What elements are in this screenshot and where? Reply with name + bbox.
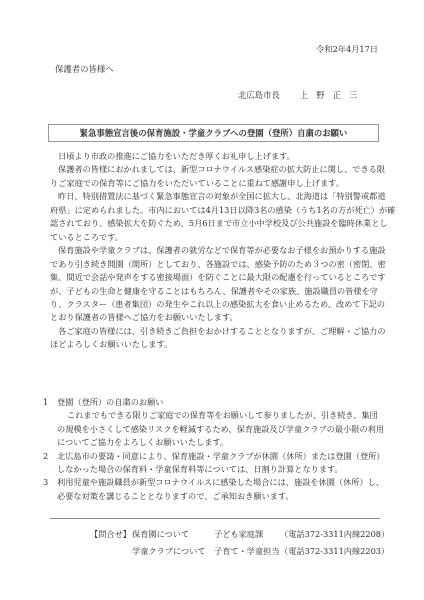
- request-list: 1 登園（登所）の自粛のお願い これまでもできる限りご家庭での保育等をお願いして…: [43, 396, 383, 503]
- inquiry-label: 【問合せ】: [90, 526, 132, 543]
- sender-title: 北広島市長: [238, 90, 280, 100]
- sender-name-char: 三: [349, 90, 357, 100]
- document-title: 緊急事態宣言後の保育施設・学童クラブへの登園（登所）自粛のお願い: [48, 124, 379, 142]
- paragraph: 保育施設や学童クラブは、保護者の就労などで保育等が必要なお子様をお預かりする施設…: [50, 244, 380, 325]
- sender-name-char: 正: [333, 90, 341, 100]
- text-line: ほどよろしくお願いいたします。: [42, 338, 380, 351]
- item-number: 1: [43, 396, 48, 409]
- sender-name-char: 上: [300, 90, 308, 100]
- text-line: 利用児童や施設職員が新型コロナウイルスに感染した場合には、施設を休園（休所）し、: [57, 476, 383, 489]
- text-line: についてご協力をよろしくお願いいたします。: [57, 436, 383, 449]
- item-heading: 登園（登所）の自粛のお願い: [57, 396, 383, 409]
- text-line: 北広島市の要請・同意により、保育施設・学童クラブが休園（休所）または登園（登所）: [57, 450, 383, 463]
- text-line: であり引き続き開園（開所）としており、各施設では、感染予防のため３つの密（密閉、…: [42, 258, 380, 271]
- request-item: 1 登園（登所）の自粛のお願い これまでもできる限りご家庭での保育等をお願いして…: [43, 396, 383, 450]
- item-number: 3: [43, 476, 48, 489]
- contact-department: 子育て・学童担当: [214, 543, 280, 560]
- request-item: 3 利用児童や施設職員が新型コロナウイルスに感染した場合には、施設を休園（休所）…: [43, 476, 383, 503]
- contact-topic: 保育園について: [132, 526, 214, 543]
- text-line: とおり保護者の皆様へご協力をお願いいたします。: [42, 311, 380, 324]
- contact-phone: （電話372-3311内線2208）: [280, 526, 389, 543]
- title-text: 緊急事態宣言後の保育施設・学童クラブへの登園（登所）自粛のお願い: [80, 127, 348, 139]
- contact-topic: 学童クラブについて: [132, 543, 214, 560]
- document-date: 令和2年4月17日: [316, 44, 378, 55]
- paragraph: 各ご家庭の皆様には、引き続きご負担をおかけすることとなりますが、ご理解・ご協力の…: [50, 325, 380, 352]
- label-spacer: [90, 543, 132, 560]
- inquiry-section: 【問合せ】 保育園について 子ども家庭課 （電話372-3311内線2208） …: [90, 526, 389, 559]
- text-line: 必要な対策を講じることとなりますので、ご承知おき願います。: [57, 490, 383, 503]
- paragraph: 昨日、特別措置法に基づく緊急事態宣言の対象が全国に拡大し、北海道は「特別警戒都道…: [50, 190, 380, 244]
- text-line: 日頃より市政の推進にご協力をいただき厚くお礼申し上げます。: [50, 150, 380, 163]
- divider-line: [50, 518, 380, 519]
- text-line: が、子どもの生命と健康を守ることはもちろん、保護者やその家族、施設職員の皆様を守: [42, 285, 380, 298]
- text-line: ているところです。: [42, 231, 380, 244]
- sender-name: 上野正三: [300, 90, 366, 100]
- text-line: 保育施設や学童クラブは、保護者の就労などで保育等が必要なお子様をお預かりする施設: [50, 244, 380, 257]
- sender-name-char: 野: [316, 90, 324, 100]
- text-line: 各ご家庭の皆様には、引き続きご負担をおかけすることとなりますが、ご理解・ご協力の: [50, 325, 380, 338]
- contact-department: 子ども家庭課: [214, 526, 280, 543]
- text-line: これまでもできる限りご家庭での保育等をお願いして参りましたが、引き続き、集団: [57, 409, 383, 422]
- text-line: の規模を小さくして感染リスクを軽減するため、保育施設及び学童クラブの最小限の利用: [57, 423, 383, 436]
- body-text: 日頃より市政の推進にご協力をいただき厚くお礼申し上げます。 保護者の皆様におかれ…: [50, 150, 380, 352]
- contact-row: 【問合せ】 保育園について 子ども家庭課 （電話372-3311内線2208）: [90, 526, 389, 543]
- text-line: り、クラスター（患者集団）の発生やこれ以上の感染拡大を食い止めるため、改めて下記…: [42, 298, 380, 311]
- contact-row: 学童クラブについて 子育て・学童担当 （電話372-3311内線2203）: [90, 543, 389, 560]
- contact-phone: （電話372-3311内線2203）: [280, 543, 389, 560]
- request-item: 2 北広島市の要請・同意により、保育施設・学童クラブが休園（休所）または登園（登…: [43, 450, 383, 477]
- text-line: 昨日、特別措置法に基づく緊急事態宣言の対象が全国に拡大し、北海道は「特別警戒都道: [50, 190, 380, 203]
- text-line: 認されており、感染拡大を防ぐため、5月6日まで市立小中学校及び公共施設を臨時休業…: [42, 217, 380, 230]
- text-line: 府県」に定められました。市内においては4月13日以降3名の感染（うち1名の方が死…: [42, 204, 380, 217]
- text-line: りご家庭での保育等にご協力をいただいていることに重ねて感謝申し上げます。: [42, 177, 380, 190]
- text-line: 保護者の皆様におかれましては、新型コロナウイルス感染症の拡大防止に関し、できる限: [50, 163, 380, 176]
- text-line: しなかった場合の保育料・学童保育料等については、日割り計算となります。: [57, 463, 383, 476]
- item-number: 2: [43, 450, 48, 463]
- paragraph: 保護者の皆様におかれましては、新型コロナウイルス感染症の拡大防止に関し、できる限…: [50, 163, 380, 190]
- paragraph: 日頃より市政の推進にご協力をいただき厚くお礼申し上げます。: [50, 150, 380, 163]
- addressee: 保護者の皆様へ: [55, 63, 114, 75]
- text-line: 集、間近で会話や発声をする密接場面）を防ぐことに最大限の配慮を行っているところで…: [42, 271, 380, 284]
- sender-line: 北広島市長上野正三: [238, 89, 365, 101]
